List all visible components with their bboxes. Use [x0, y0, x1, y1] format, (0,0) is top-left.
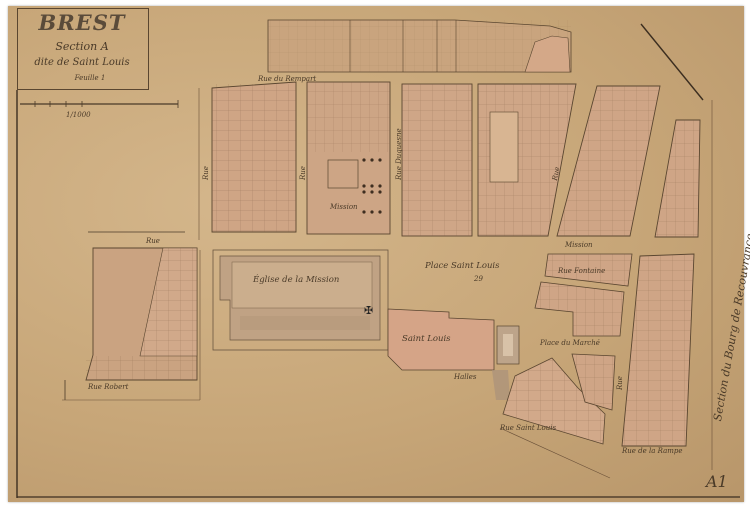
place-marche-label: Place du Marché — [540, 340, 600, 347]
saint-louis-hall — [388, 309, 519, 400]
block-g — [86, 248, 197, 380]
rue-duquesne-label: Rue Duquesne — [396, 128, 403, 180]
church-block — [213, 250, 388, 350]
rue-robert-label: Rue Robert — [88, 384, 128, 391]
rue-rampe-label: Rue de la Rampe — [622, 448, 683, 455]
cross-icon: ✠ — [364, 304, 373, 317]
rue-vertical-2: Rue — [300, 166, 307, 180]
rue-vertical-4: Rue — [617, 376, 624, 390]
mission-label-2: Mission — [565, 242, 593, 249]
map-section: Section A — [22, 40, 142, 53]
mission-label: Mission — [330, 204, 358, 211]
parcel-number: 29 — [474, 276, 483, 283]
scale-note: 1/1000 — [66, 112, 91, 119]
place-saint-louis-label: Place Saint Louis — [425, 262, 500, 271]
rue-top-left-label: Rue — [146, 238, 160, 245]
block-top-rampart — [268, 20, 571, 72]
rue-saint-louis-label: Rue Saint Louis — [500, 425, 556, 432]
block-c — [402, 84, 472, 236]
block-i — [622, 254, 694, 446]
block-d — [478, 84, 576, 236]
block-a — [212, 82, 296, 232]
rue-rempart-label: Rue du Rempart — [258, 76, 316, 83]
corner-mark: A1 — [706, 474, 728, 490]
halles-label: Halles — [454, 374, 477, 381]
rue-fontaine-label: Rue Fontaine — [558, 268, 605, 275]
block-b — [307, 82, 390, 234]
block-f — [655, 120, 700, 237]
map-subtitle: dite de Saint Louis — [22, 57, 142, 68]
map-title: BREST — [22, 10, 142, 35]
map-sheet-number: Feuille 1 — [60, 74, 120, 82]
rue-vertical-1: Rue — [203, 166, 210, 180]
church-label: Église de la Mission — [253, 276, 339, 285]
saint-louis-hall-label: Saint Louis — [402, 335, 451, 344]
block-e — [557, 86, 660, 236]
